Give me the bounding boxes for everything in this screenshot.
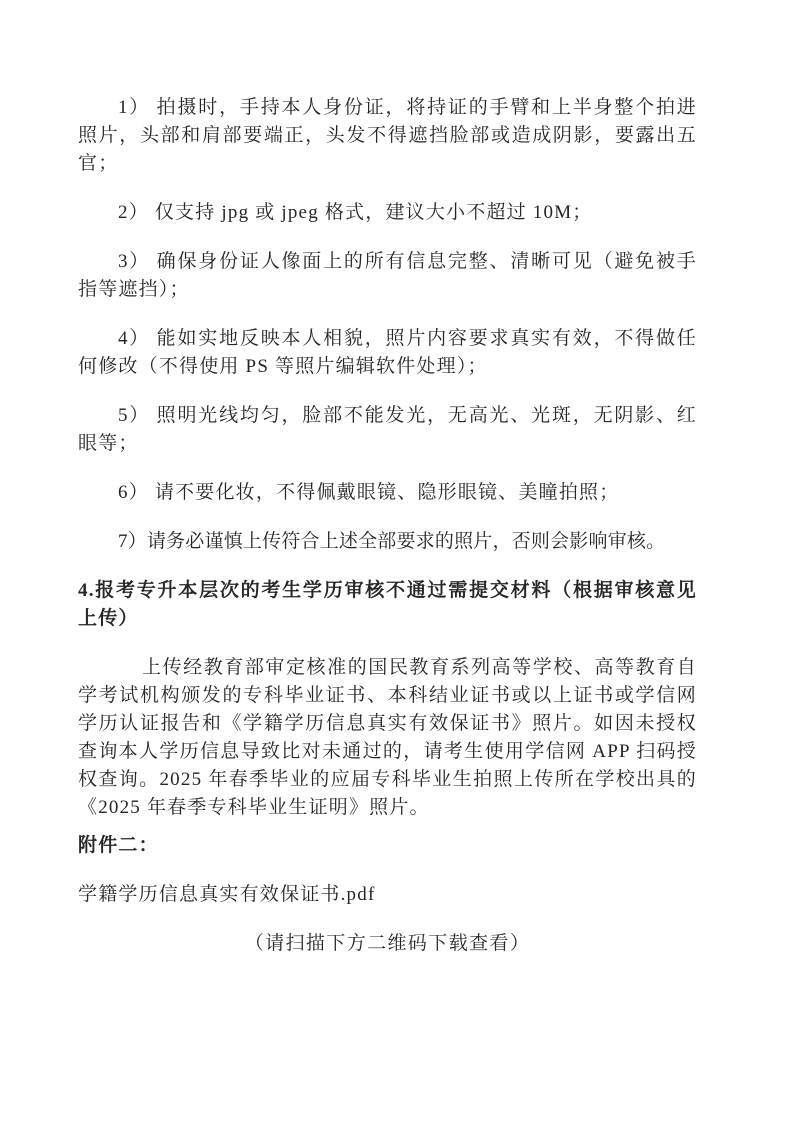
- section-paragraph-materials: 上传经教育部审定核准的国民教育系列高等学校、高等教育自学考试机构颁发的专科毕业证…: [78, 654, 697, 822]
- photo-requirement-5: 5） 照明光线均匀，脸部不能发光，无高光、光斑，无阴影、红眼等；: [78, 402, 697, 458]
- photo-requirement-2: 2） 仅支持 jpg 或 jpeg 格式，建议大小不超过 10M；: [78, 199, 697, 227]
- photo-requirement-1: 1） 拍摄时，手持本人身份证，将持证的手臂和上半身整个拍进照片，头部和肩部要端正…: [78, 94, 697, 178]
- attachment-qr-note: （请扫描下方二维码下载查看）: [78, 930, 697, 958]
- photo-requirement-3: 3） 确保身份证人像面上的所有信息完整、清晰可见（避免被手指等遮挡）；: [78, 248, 697, 304]
- photo-requirement-4: 4） 能如实地反映本人相貌，照片内容要求真实有效，不得做任何修改（不得使用 PS…: [78, 325, 697, 381]
- photo-requirement-6: 6） 请不要化妆，不得佩戴眼镜、隐形眼镜、美瞳拍照；: [78, 479, 697, 507]
- document-page: 1） 拍摄时，手持本人身份证，将持证的手臂和上半身整个拍进照片，头部和肩部要端正…: [0, 0, 793, 1122]
- photo-requirement-7: 7）请务必谨慎上传符合上述全部要求的照片，否则会影响审核。: [78, 528, 697, 556]
- section-heading-materials: 4.报考专升本层次的考生学历审核不通过需提交材料（根据审核意见上传）: [78, 577, 697, 633]
- attachment-label: 附件二：: [78, 832, 697, 860]
- attachment-file-name: 学籍学历信息真实有效保证书.pdf: [78, 881, 697, 909]
